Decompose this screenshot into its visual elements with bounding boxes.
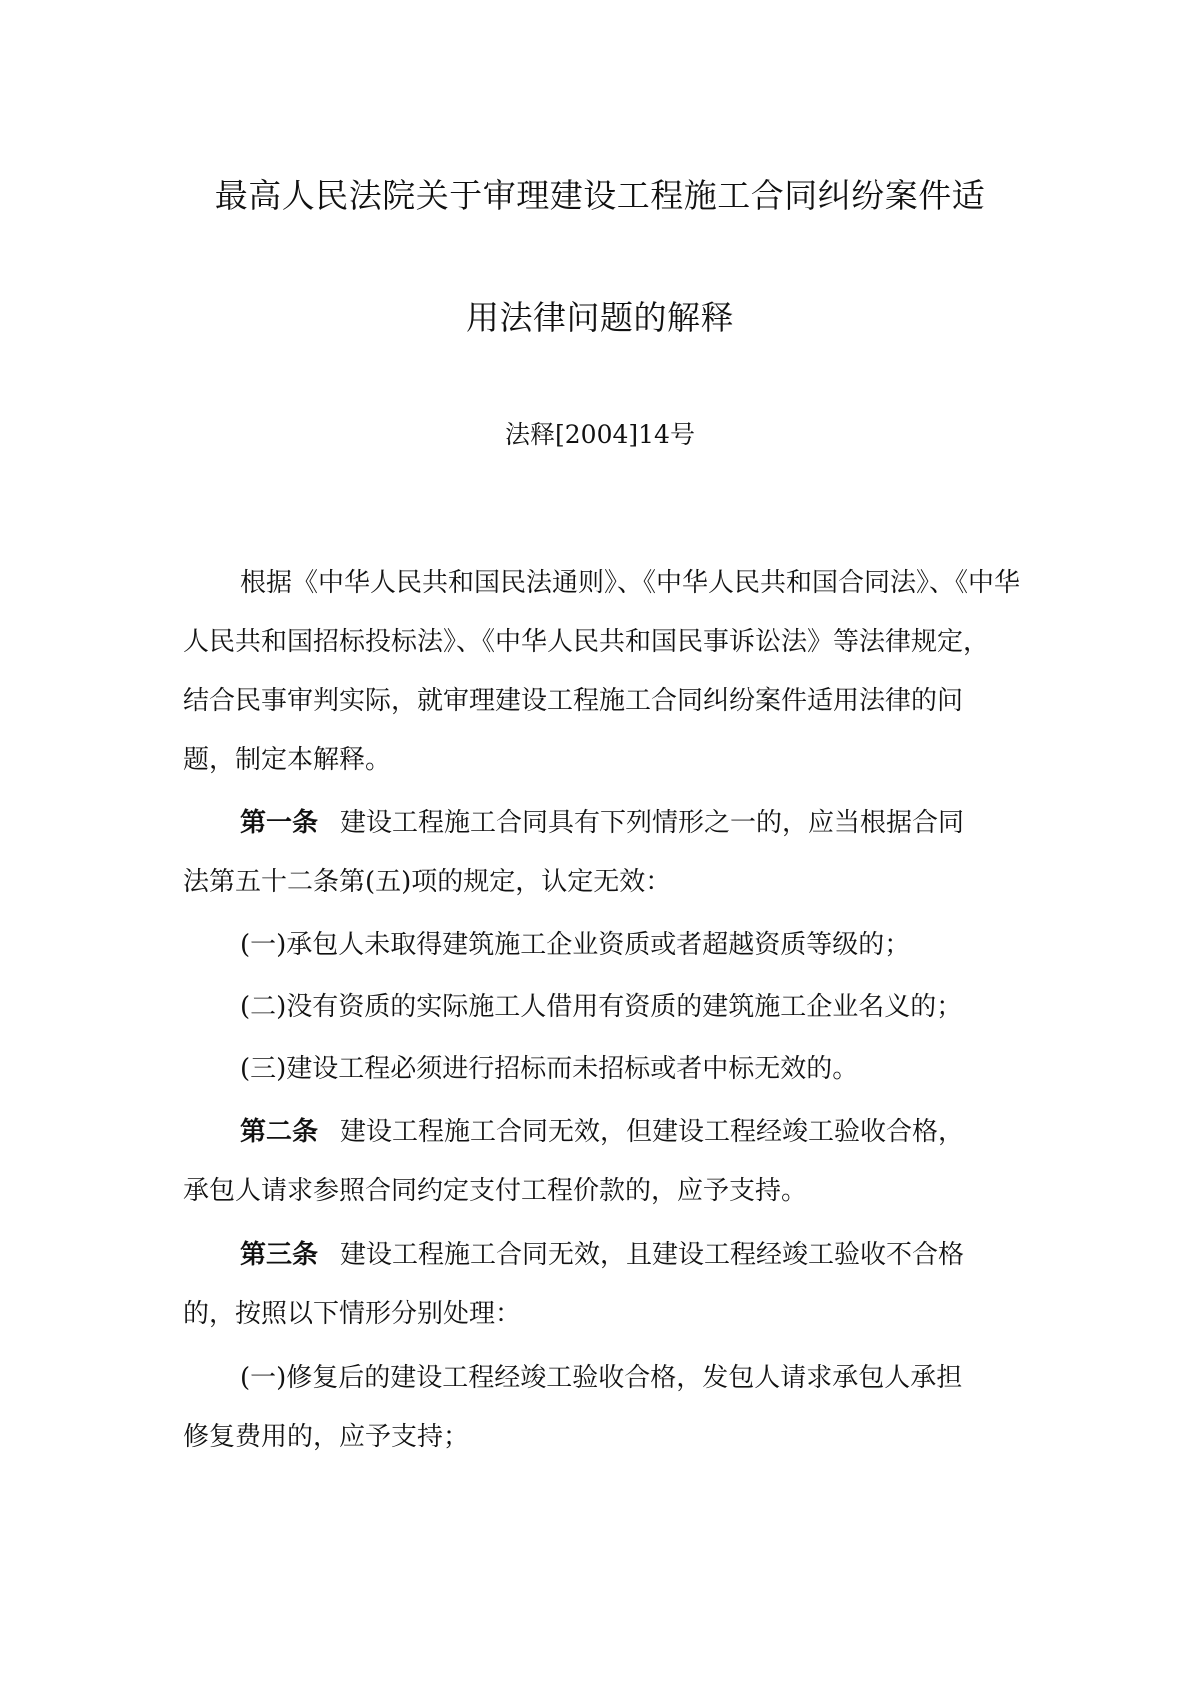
line-text: 题，制定本解释。 [183,745,391,775]
paragraph-line: (一)承包人未取得建筑施工企业资质或者超越资质等级的； [240,930,910,960]
paragraph-line: (二)没有资质的实际施工人借用有资质的建筑施工企业名义的； [240,992,962,1022]
line-text: 法第五十二条第(五)项的规定，认定无效： [183,867,671,897]
paragraph-line: 人民共和国招标投标法》、《中华人民共和国民事诉讼法》等法律规定， [183,627,989,657]
line-text: 承包人请求参照合同约定支付工程价款的，应予支持。 [183,1176,807,1206]
line-text: (一)修复后的建设工程经竣工验收合格，发包人请求承包人承担 [240,1363,962,1393]
document-title-line-1: 最高人民法院关于审理建设工程施工合同纠纷案件适 [0,170,1200,217]
paragraph-line: 题，制定本解释。 [183,745,391,775]
paragraph-line: (三)建设工程必须进行招标而未招标或者中标无效的。 [240,1054,858,1084]
paragraph-line: 修复费用的，应予支持； [183,1422,469,1452]
line-text: (二)没有资质的实际施工人借用有资质的建筑施工企业名义的； [240,992,962,1022]
line-text: 建设工程施工合同无效，但建设工程经竣工验收合格， [340,1117,964,1147]
article-paragraph-line: 第二条建设工程施工合同无效，但建设工程经竣工验收合格， [240,1117,964,1147]
article-paragraph-line: 第三条建设工程施工合同无效，且建设工程经竣工验收不合格 [240,1240,964,1270]
paragraph-line: (一)修复后的建设工程经竣工验收合格，发包人请求承包人承担 [240,1363,962,1393]
line-text: 结合民事审判实际，就审理建设工程施工合同纠纷案件适用法律的问 [183,686,963,716]
line-text: 修复费用的，应予支持； [183,1422,469,1452]
article-heading: 第三条 [240,1240,318,1270]
paragraph-line: 结合民事审判实际，就审理建设工程施工合同纠纷案件适用法律的问 [183,686,963,716]
paragraph-line: 承包人请求参照合同约定支付工程价款的，应予支持。 [183,1176,807,1206]
line-text: 人民共和国招标投标法》、《中华人民共和国民事诉讼法》等法律规定， [183,627,989,657]
line-text: 的，按照以下情形分别处理： [183,1299,521,1329]
article-paragraph-line: 第一条建设工程施工合同具有下列情形之一的，应当根据合同 [240,808,964,838]
line-text: (一)承包人未取得建筑施工企业资质或者超越资质等级的； [240,930,910,960]
line-text: (三)建设工程必须进行招标而未招标或者中标无效的。 [240,1054,858,1084]
article-heading: 第一条 [240,808,318,838]
document-page: 最高人民法院关于审理建设工程施工合同纠纷案件适 用法律问题的解释 法释[2004… [0,0,1200,1697]
article-heading: 第二条 [240,1117,318,1147]
line-text: 根据《中华人民共和国民法通则》、《中华人民共和国合同法》、《中华 [240,568,1020,598]
paragraph-line: 的，按照以下情形分别处理： [183,1299,521,1329]
document-title-line-2: 用法律问题的解释 [0,292,1200,339]
paragraph-line: 法第五十二条第(五)项的规定，认定无效： [183,867,671,897]
document-number: 法释[2004]14号 [0,415,1200,451]
line-text: 建设工程施工合同无效，且建设工程经竣工验收不合格 [340,1240,964,1270]
line-text: 建设工程施工合同具有下列情形之一的，应当根据合同 [340,808,964,838]
paragraph-line: 根据《中华人民共和国民法通则》、《中华人民共和国合同法》、《中华 [240,568,1020,598]
